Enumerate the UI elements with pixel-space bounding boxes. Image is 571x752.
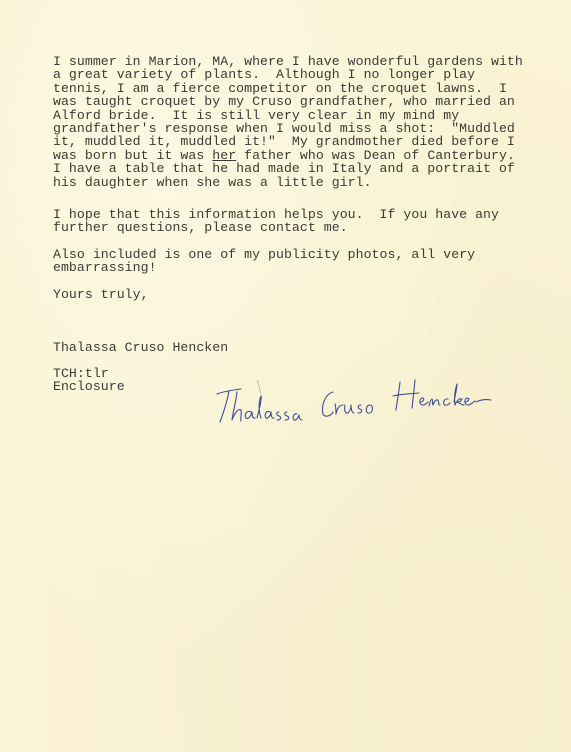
paragraph-enclosure-note: Also included is one of my publicity pho… (53, 248, 475, 275)
paragraph-gardens-croquet: I summer in Marion, MA, where I have won… (53, 55, 523, 189)
signature-icon (215, 372, 515, 432)
handwritten-signature: Thalassa Cruso Hencken (215, 372, 515, 432)
letter-page: I summer in Marion, MA, where I have won… (0, 0, 571, 752)
reference-block: TCH:tlr Enclosure (53, 367, 125, 394)
paragraph-contact: I hope that this information helps you. … (53, 208, 499, 235)
line: further questions, please contact me. (53, 220, 348, 235)
closing: Yours truly, (53, 288, 149, 301)
line: embarrassing! (53, 260, 157, 275)
typed-name: Thalassa Cruso Hencken (53, 341, 228, 354)
line: his daughter when she was a little girl. (53, 175, 372, 190)
enclosure-label: Enclosure (53, 379, 125, 394)
